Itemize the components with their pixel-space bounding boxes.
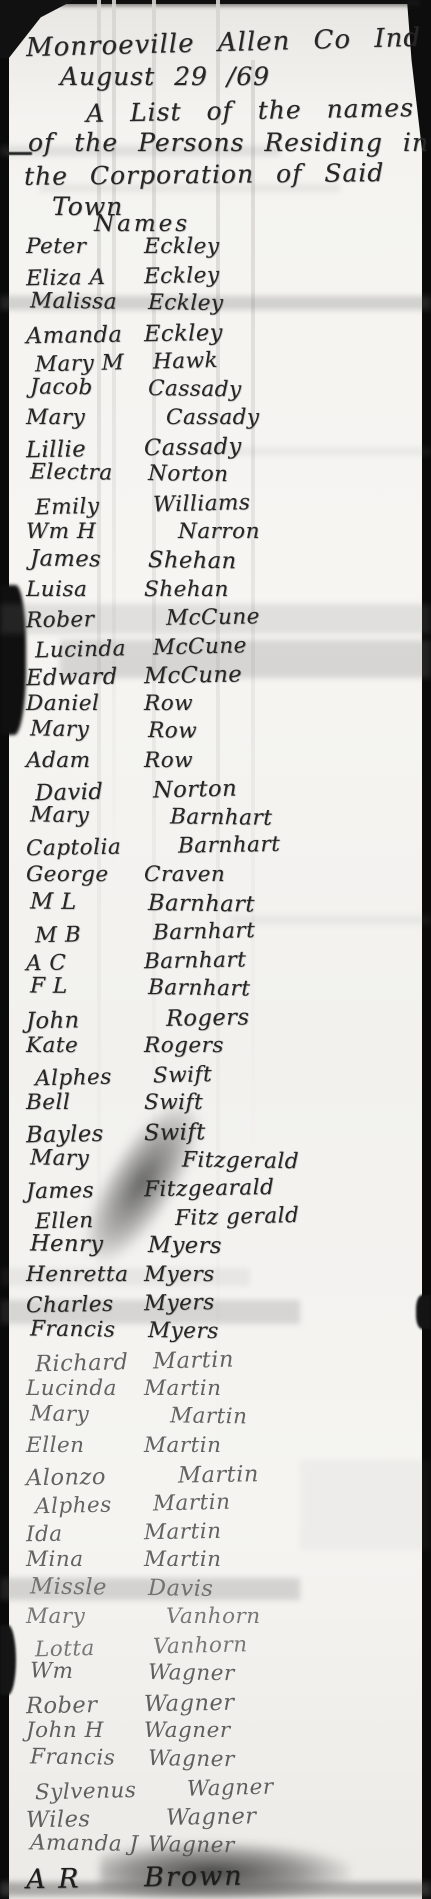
- given-name: Wm: [30, 1659, 148, 1686]
- name-entry: MinaMartin: [0, 1547, 431, 1576]
- given-name: A R: [26, 1862, 145, 1895]
- surname: Swift: [144, 1090, 203, 1115]
- surname: Davis: [148, 1575, 214, 1602]
- surname: Cassady: [144, 433, 242, 461]
- surname: Myers: [144, 1290, 215, 1316]
- given-name: Lucinda: [26, 1376, 144, 1401]
- surname: Eckley: [144, 262, 220, 288]
- surname: Craven: [144, 862, 225, 887]
- given-name: Francis: [30, 1316, 148, 1343]
- surname: Narron: [178, 519, 260, 544]
- surname: Vanhorn: [153, 1632, 248, 1659]
- surname: Wagner: [166, 1803, 257, 1831]
- given-name: Alonzo: [26, 1462, 178, 1491]
- given-name: Alphes: [35, 1063, 154, 1091]
- surname: Barnhart: [170, 804, 273, 830]
- surname: Cassady: [166, 405, 260, 430]
- name-entry: EllenMartin: [0, 1433, 431, 1462]
- name-entry: RoberWagner: [0, 1686, 431, 1722]
- name-entry: Wm HNarron: [0, 519, 431, 548]
- name-entry: PeterEckley: [0, 234, 431, 263]
- name-entry: BellSwift: [0, 1090, 431, 1119]
- surname: Martin: [170, 1404, 248, 1430]
- given-name: Ellen: [35, 1206, 176, 1234]
- surname: Wagner: [187, 1774, 274, 1801]
- surname: Myers: [148, 1318, 219, 1344]
- given-name: John: [26, 1006, 166, 1034]
- given-name: Francis: [30, 1744, 148, 1771]
- surname: Wagner: [148, 1746, 235, 1772]
- surname: Wagner: [144, 1718, 231, 1743]
- surname: Cassady: [148, 376, 242, 402]
- surname: Shehan: [148, 547, 237, 574]
- given-name: Emily: [35, 492, 154, 520]
- given-name: A C: [26, 949, 144, 976]
- given-name: Jacob: [30, 374, 148, 401]
- name-entry: EdwardMcCune: [0, 658, 431, 694]
- given-name: Richard: [35, 1349, 154, 1378]
- given-name: Sylvenus: [35, 1776, 188, 1805]
- given-name: Henry: [30, 1231, 148, 1259]
- given-name: Daniel: [26, 691, 144, 716]
- surname: Fitzgearald: [144, 1175, 275, 1202]
- given-name: Luisa: [26, 577, 144, 602]
- surname: Wagner: [148, 1832, 235, 1858]
- surname: Fitz gerald: [175, 1203, 300, 1231]
- surname: Row: [144, 748, 193, 773]
- name-entry: CaptoliaBarnhart: [0, 830, 431, 866]
- name-entry: LuisaShehan: [0, 577, 431, 606]
- surname: Rogers: [166, 1004, 250, 1031]
- given-name: F L: [30, 974, 148, 1001]
- given-name: James: [26, 1177, 144, 1204]
- surname: Eckley: [144, 320, 223, 347]
- given-name: Mary M: [35, 350, 154, 378]
- given-name: Bayles: [26, 1120, 144, 1148]
- surname: Martin: [144, 1519, 222, 1545]
- given-name: James: [30, 545, 148, 573]
- given-name: Ida: [26, 1520, 144, 1547]
- given-name: Electra: [30, 460, 148, 487]
- surname: Wagner: [144, 1690, 235, 1718]
- name-entry: MaryRow: [4, 716, 431, 751]
- name-entry: JacobCassady: [4, 374, 431, 409]
- given-name: Mary: [26, 1604, 166, 1629]
- surname: Wagner: [148, 1660, 235, 1686]
- surname: Martin: [144, 1433, 221, 1458]
- given-name: Mary: [30, 717, 148, 744]
- surname: Myers: [144, 1262, 215, 1287]
- surname: Norton: [153, 776, 238, 804]
- given-name: Henretta: [26, 1262, 144, 1287]
- given-name: Edward: [26, 663, 144, 691]
- name-entry: DanielRow: [0, 691, 431, 720]
- surname: McCune: [166, 604, 260, 631]
- names-list: PeterEckleyEliza AEckleyMalissaEckleyAma…: [0, 234, 431, 1890]
- surname: Brown: [144, 1861, 244, 1894]
- name-entry: HenrettaMyers: [0, 1262, 431, 1291]
- surname: Swift: [144, 1119, 206, 1146]
- given-name: Adam: [26, 748, 144, 773]
- name-entry: LucindaMartin: [0, 1376, 431, 1405]
- given-name: John H: [26, 1718, 144, 1743]
- surname: Martin: [153, 1347, 235, 1375]
- given-name: George: [26, 862, 144, 887]
- surname: Barnhart: [148, 975, 251, 1001]
- given-name: Missle: [30, 1573, 148, 1601]
- given-name: Wiles: [26, 1805, 166, 1833]
- surname: Martin: [144, 1376, 221, 1401]
- title-line-3: the Corporation of Said: [24, 158, 385, 191]
- surname: Myers: [148, 1232, 222, 1259]
- surname: Martin: [178, 1461, 259, 1488]
- scanned-document-page: { "document": { "kind": "handwritten reg…: [0, 0, 431, 1899]
- name-entry: HenryMyers: [4, 1230, 431, 1265]
- given-name: Malissa: [30, 289, 148, 316]
- surname: Barnhart: [148, 890, 255, 917]
- given-name: Mary: [30, 1402, 170, 1429]
- given-name: Captolia: [26, 834, 178, 862]
- surname: Row: [148, 718, 197, 744]
- surname: Row: [144, 691, 193, 716]
- name-entry: MaryCassady: [0, 405, 431, 434]
- name-entry: MaryMartin: [4, 1401, 431, 1436]
- title-line-2: of the Persons Residing in: [28, 128, 429, 157]
- given-name: Mary: [30, 802, 170, 829]
- surname: Eckley: [144, 234, 220, 259]
- name-entry: JohnRogers: [0, 1001, 431, 1037]
- given-name: Mina: [26, 1547, 144, 1572]
- given-name: Rober: [26, 606, 166, 633]
- given-name: Charles: [26, 1291, 144, 1318]
- surname: Eckley: [148, 290, 224, 316]
- header-date: August 29 /69: [60, 62, 270, 91]
- surname: Hawk: [153, 348, 219, 375]
- given-name: Ellen: [26, 1433, 144, 1458]
- name-entry: John HWagner: [0, 1718, 431, 1747]
- given-name: M L: [30, 888, 148, 916]
- surname: McCune: [144, 662, 243, 690]
- name-entry: GeorgeCraven: [0, 862, 431, 891]
- surname: Fitzgerald: [182, 1147, 299, 1174]
- surname: Barnhart: [153, 918, 256, 945]
- given-name: Alphes: [35, 1492, 154, 1520]
- given-name: Peter: [26, 234, 144, 259]
- name-entry: A RBrown: [0, 1857, 431, 1893]
- surname: McCune: [153, 633, 248, 660]
- given-name: Lucinda: [35, 635, 154, 663]
- given-name: Kate: [26, 1033, 144, 1058]
- given-name: Amanda J: [30, 1830, 148, 1857]
- surname: Rogers: [144, 1033, 224, 1058]
- surname: Norton: [148, 461, 229, 487]
- title-line-1: A List of the names: [86, 93, 414, 128]
- name-entry: MissleDavis: [4, 1573, 431, 1608]
- given-name: Eliza A: [26, 264, 144, 291]
- surname: Martin: [144, 1547, 221, 1572]
- given-name: M B: [35, 921, 154, 949]
- given-name: Amanda: [26, 321, 144, 349]
- given-name: Rober: [26, 1691, 144, 1719]
- given-name: Mary: [30, 1145, 182, 1172]
- name-entry: JamesShehan: [4, 545, 431, 580]
- surname: Martin: [153, 1490, 231, 1517]
- surname: Vanhorn: [166, 1604, 261, 1629]
- surname: Barnhart: [178, 832, 281, 859]
- surname: Shehan: [144, 577, 229, 602]
- surname: Williams: [153, 490, 251, 517]
- given-name: Mary: [26, 405, 166, 430]
- surname: Swift: [153, 1062, 213, 1088]
- surname: Barnhart: [144, 947, 247, 974]
